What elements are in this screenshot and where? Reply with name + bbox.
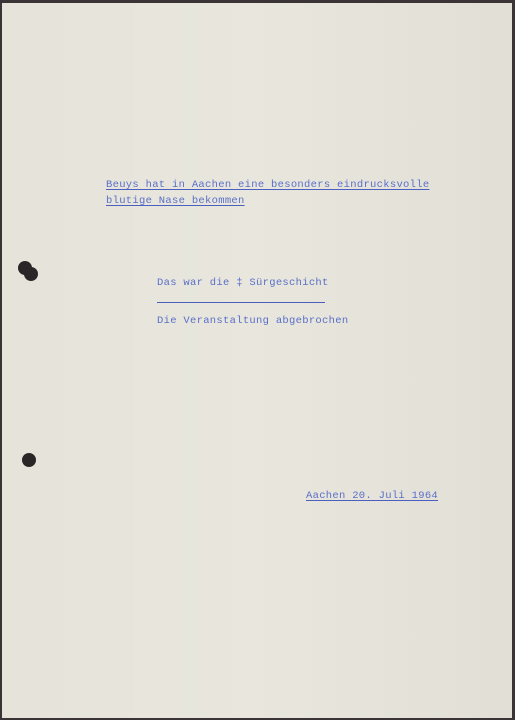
typed-line-2: blutige Nase bekommen xyxy=(106,195,245,207)
typed-middle-2: Die Veranstaltung abgebrochen xyxy=(157,315,348,327)
punch-hole xyxy=(22,453,36,467)
paper-sheet: Beuys hat in Aachen eine besonders eindr… xyxy=(2,3,512,718)
typed-line-1: Beuys hat in Aachen eine besonders eindr… xyxy=(106,179,429,191)
punch-hole xyxy=(24,267,38,281)
separator-line xyxy=(157,302,325,303)
typed-middle-1: Das war die ‡ Sürgeschicht xyxy=(157,277,329,289)
place-date: Aachen 20. Juli 1964 xyxy=(306,490,438,502)
